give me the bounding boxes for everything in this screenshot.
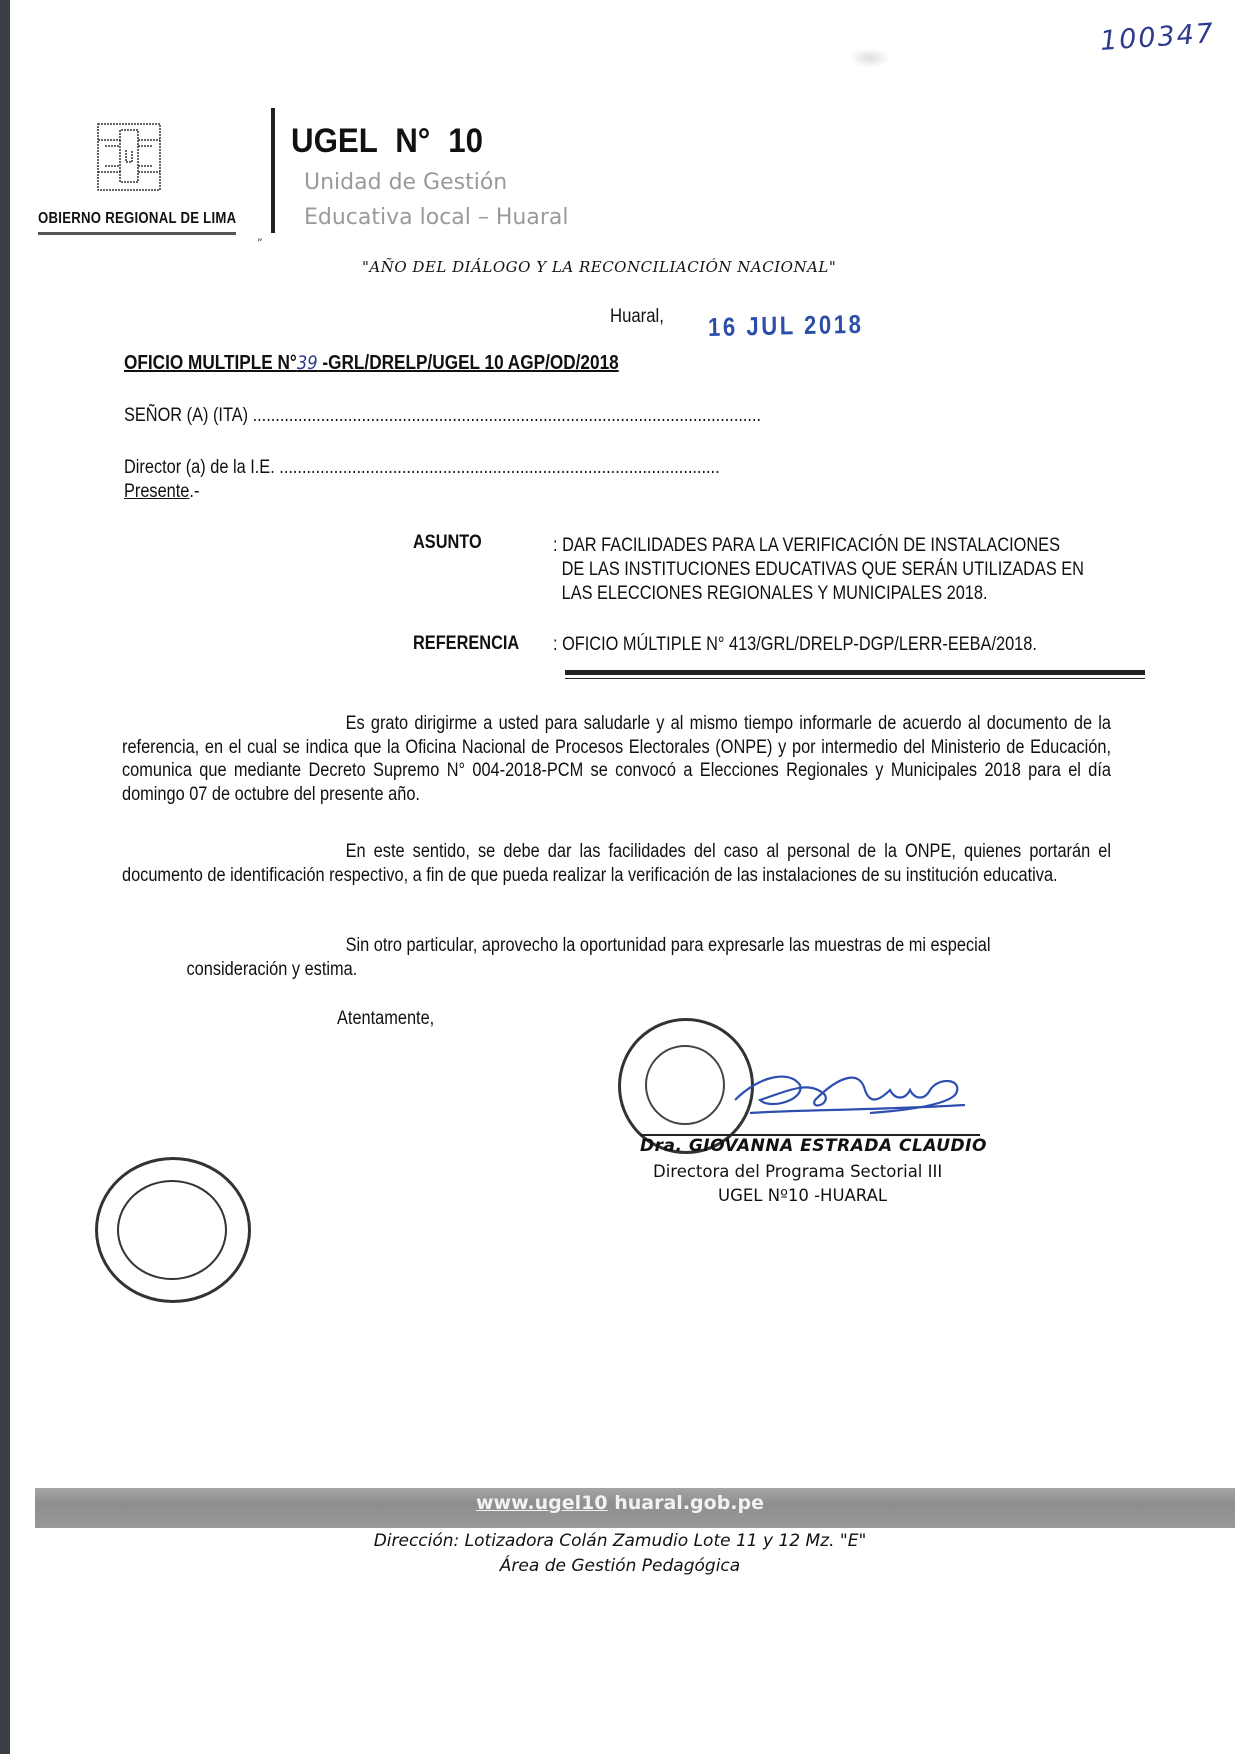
footer-url-part2: huaral.gob.pe [608, 1492, 764, 1514]
oficio-handwritten-number: 39 [297, 352, 318, 374]
direction-seal-inner [645, 1045, 725, 1125]
closing: Atentamente, [337, 1008, 434, 1030]
ugel-title: UGEL N° 10 [291, 122, 483, 161]
footer-url-part1: www.ugel10 [476, 1492, 608, 1514]
scan-smudge [850, 48, 890, 68]
year-motto: "AÑO DEL DIÁLOGO Y LA RECONCILIACIÓN NAC… [362, 258, 836, 276]
recipient-senor: SEÑOR (A) (ITA) ........................… [124, 405, 761, 427]
stray-mark: " [257, 236, 261, 250]
paragraph-2: En este sentido, se debe dar las facilid… [122, 840, 1111, 887]
scan-edge [0, 0, 10, 1754]
gobierno-regional-logo-icon [90, 122, 168, 192]
referencia-text: : OFICIO MÚLTIPLE N° 413/GRL/DRELP-DGP/L… [553, 634, 1037, 656]
asunto-label: ASUNTO [413, 532, 482, 554]
presente-line: Presente.- [124, 481, 199, 503]
footer-website-link[interactable]: www.ugel10 huaral.gob.pe [0, 1492, 1240, 1514]
ugel-subtitle-2: Educativa local – Huaral [304, 205, 568, 230]
paragraph-1: Es grato dirigirme a usted para saludarl… [122, 712, 1111, 806]
oficio-number: OFICIO MULTIPLE N°39 -GRL/DRELP/UGEL 10 … [124, 352, 619, 375]
paragraph-3-line2: consideración y estima. [122, 958, 1111, 982]
header-divider [271, 108, 275, 233]
presente-suffix: .- [189, 481, 199, 502]
handwritten-registry-number: 100347 [1099, 18, 1216, 57]
ugel-subtitle-1: Unidad de Gestión [304, 170, 507, 195]
signatory-org: UGEL Nº10 -HUARAL [718, 1186, 887, 1205]
ministry-seal-inner [117, 1180, 227, 1280]
place: Huaral, [610, 306, 664, 328]
signature-icon [730, 1055, 970, 1125]
separator-thin [565, 678, 1145, 679]
asunto-line: DE LAS INSTITUCIONES EDUCATIVAS QUE SERÁ… [553, 558, 1084, 582]
date-stamp: 16 JUL 2018 [708, 309, 864, 343]
asunto-text: : DAR FACILIDADES PARA LA VERIFICACIÓN D… [553, 534, 1084, 606]
recipient-director: Director (a) de la I.E. ................… [124, 457, 720, 479]
oficio-suffix: -GRL/DRELP/UGEL 10 AGP/OD/2018 [318, 352, 619, 374]
signatory-name: Dra. GIOVANNA ESTRADA CLAUDIO [640, 1136, 987, 1156]
header-underline [38, 232, 236, 235]
signatory-role: Directora del Programa Sectorial III [653, 1162, 942, 1181]
asunto-line: LAS ELECCIONES REGIONALES Y MUNICIPALES … [553, 582, 1084, 606]
paragraph-2-text: En este sentido, se debe dar las facilid… [122, 841, 1111, 886]
footer-area: Área de Gestión Pedagógica [0, 1556, 1240, 1576]
referencia-label: REFERENCIA [413, 633, 519, 655]
asunto-line: : DAR FACILIDADES PARA LA VERIFICACIÓN D… [553, 534, 1084, 558]
presente-text: Presente [124, 481, 189, 502]
footer-address: Dirección: Lotizadora Colán Zamudio Lote… [0, 1531, 1240, 1551]
paragraph-3: Sin otro particular, aprovecho la oportu… [122, 934, 1111, 981]
gobierno-regional-label: OBIERNO REGIONAL DE LIMA [38, 210, 236, 228]
paragraph-3-text: Sin otro particular, aprovecho la oportu… [346, 935, 991, 956]
oficio-prefix: OFICIO MULTIPLE N° [124, 352, 297, 374]
paragraph-1-text: Es grato dirigirme a usted para saludarl… [122, 713, 1111, 805]
separator-thick [565, 670, 1145, 675]
